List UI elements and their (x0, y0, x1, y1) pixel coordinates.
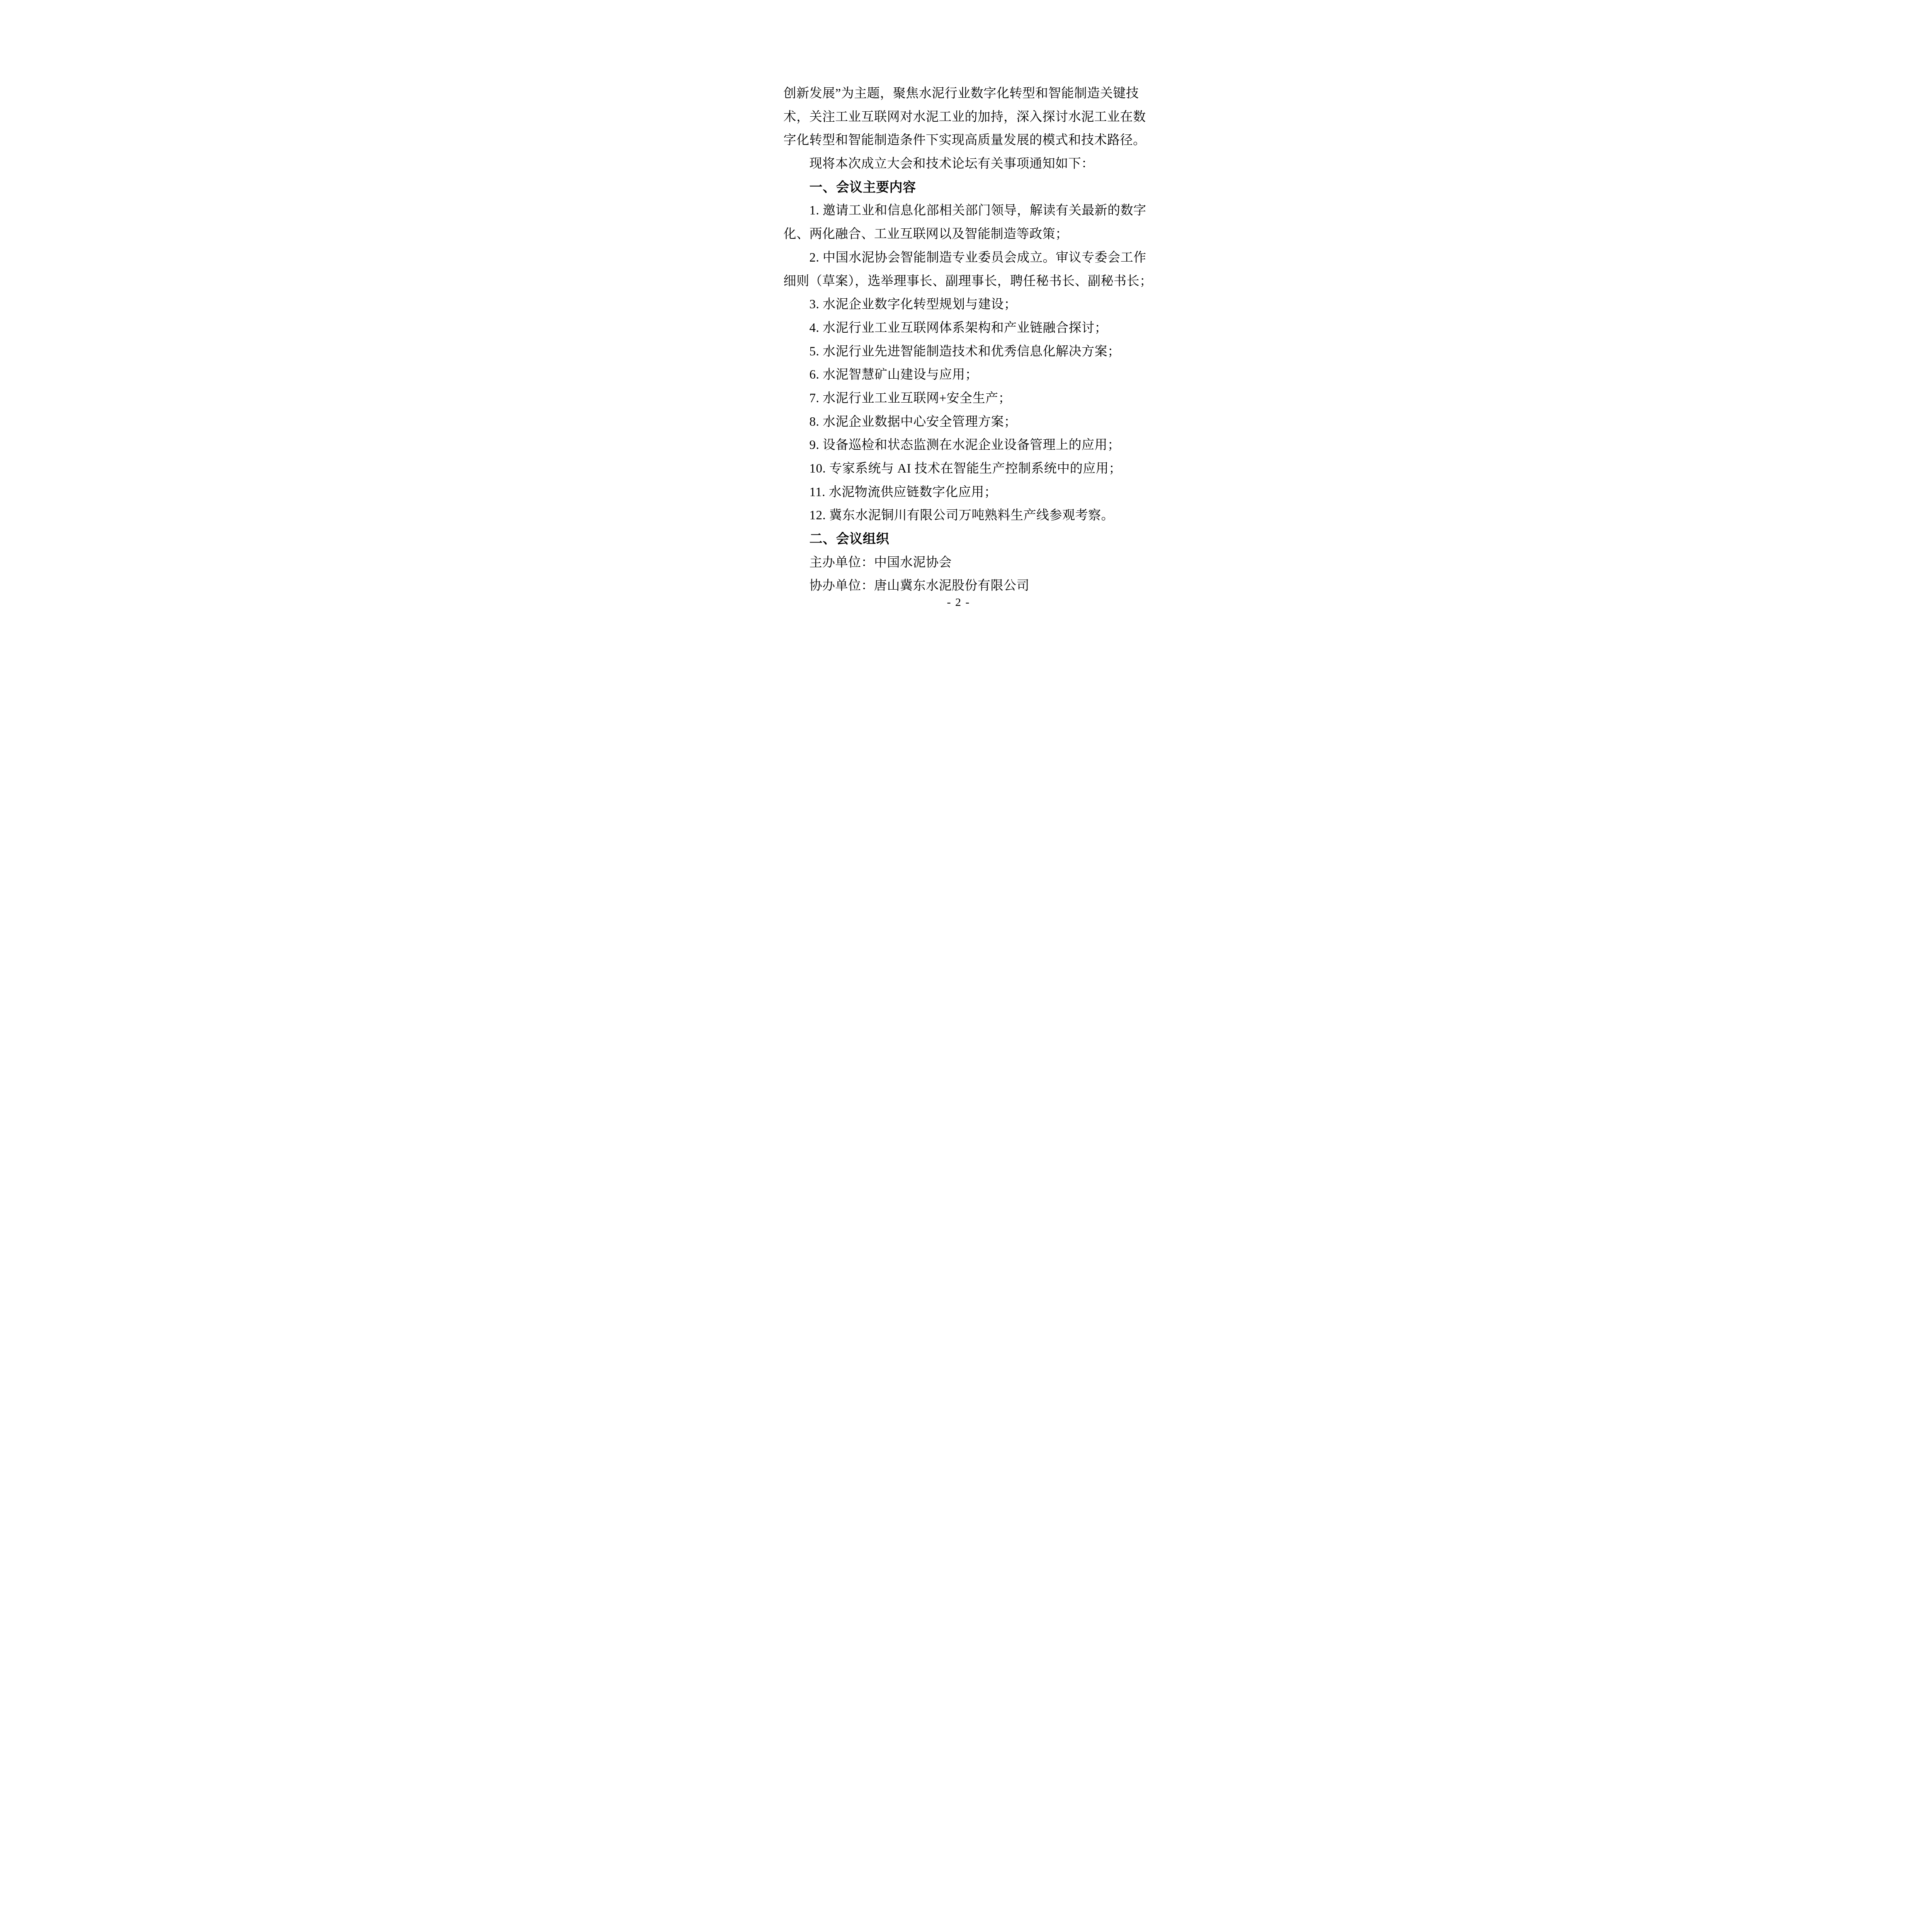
doc-line: 术，关注工业互联网对水泥工业的加持，深入探讨水泥工业在数 (784, 105, 1147, 129)
doc-line-item-4: 4. 水泥行业工业互联网体系架构和产业链融合探讨； (784, 316, 1147, 340)
doc-line-item-3: 3. 水泥企业数字化转型规划与建设； (784, 293, 1147, 316)
doc-line: 细则（草案），选举理事长、副理事长，聘任秘书长、副秘书长； (784, 270, 1147, 293)
doc-line-item-6: 6. 水泥智慧矿山建设与应用； (784, 363, 1147, 387)
page-number: - 2 - (719, 596, 1198, 609)
document-body: 创新发展”为主题，聚焦水泥行业数字化转型和智能制造关键技 术，关注工业互联网对水… (784, 82, 1147, 598)
doc-line-item-10: 10. 专家系统与 AI 技术在智能生产控制系统中的应用； (784, 457, 1147, 481)
doc-line-cohost: 协办单位：唐山冀东水泥股份有限公司 (784, 574, 1147, 598)
doc-line-item-7: 7. 水泥行业工业互联网+安全生产； (784, 387, 1147, 410)
doc-line-item-12: 12. 冀东水泥铜川有限公司万吨熟料生产线参观考察。 (784, 504, 1147, 527)
doc-line-item-1: 1. 邀请工业和信息化部相关部门领导，解读有关最新的数字 (784, 199, 1147, 223)
doc-line-item-8: 8. 水泥企业数据中心安全管理方案； (784, 410, 1147, 434)
doc-line-host: 主办单位：中国水泥协会 (784, 551, 1147, 575)
doc-line-item-5: 5. 水泥行业先进智能制造技术和优秀信息化解决方案； (784, 340, 1147, 364)
doc-line: 现将本次成立大会和技术论坛有关事项通知如下： (784, 152, 1147, 176)
section-heading-1: 一、会议主要内容 (784, 176, 1147, 199)
doc-line: 创新发展”为主题，聚焦水泥行业数字化转型和智能制造关键技 (784, 82, 1147, 105)
doc-line-item-11: 11. 水泥物流供应链数字化应用； (784, 481, 1147, 504)
doc-line-item-9: 9. 设备巡检和状态监测在水泥企业设备管理上的应用； (784, 434, 1147, 457)
document-page: 创新发展”为主题，聚焦水泥行业数字化转型和智能制造关键技 术，关注工业互联网对水… (719, 0, 1198, 678)
doc-line: 字化转型和智能制造条件下实现高质量发展的模式和技术路径。 (784, 129, 1147, 152)
doc-line: 化、两化融合、工业互联网以及智能制造等政策； (784, 223, 1147, 246)
section-heading-2: 二、会议组织 (784, 527, 1147, 551)
doc-line-item-2: 2. 中国水泥协会智能制造专业委员会成立。审议专委会工作 (784, 246, 1147, 270)
